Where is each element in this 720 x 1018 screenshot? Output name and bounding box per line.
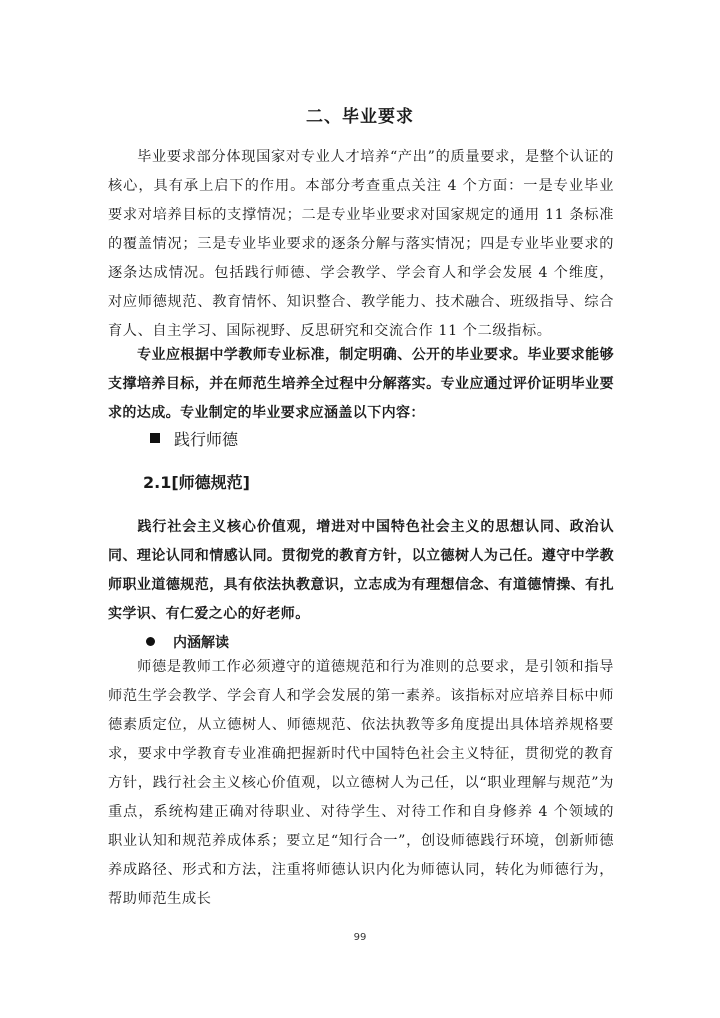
interpretation-heading: 内涵解读 — [146, 632, 229, 652]
indicator-paragraph: 践行社会主义核心价值观，增进对中国特色社会主义的思想认同、政治认同、理论认同和情… — [108, 513, 614, 629]
round-bullet-icon — [146, 637, 155, 646]
page-number: 99 — [0, 932, 720, 943]
standard-paragraph: 专业应根据中学教师专业标准，制定明确、公开的毕业要求。毕业要求能够支撑培养目标，… — [108, 341, 614, 428]
intro-paragraph: 毕业要求部分体现国家对专业人才培养“产出”的质量要求，是整个认证的核心，具有承上… — [108, 143, 614, 346]
dimension-heading: 践行师德 — [150, 427, 238, 450]
indicator-heading: 2.1[师德规范] — [143, 470, 250, 493]
interpretation-heading-text: 内涵解读 — [173, 635, 229, 651]
section-title: 二、毕业要求 — [0, 102, 720, 127]
standard-paragraph-text: 专业应根据中学教师专业标准，制定明确、公开的毕业要求。毕业要求能够支撑培养目标，… — [108, 347, 614, 421]
intro-paragraph-text: 毕业要求部分体现国家对专业人才培养“产出”的质量要求，是整个认证的核心，具有承上… — [108, 149, 614, 339]
dimension-heading-text: 践行师德 — [174, 430, 238, 449]
indicator-paragraph-text: 践行社会主义核心价值观，增进对中国特色社会主义的思想认同、政治认同、理论认同和情… — [108, 519, 614, 622]
interpretation-paragraph-text: 师德是教师工作必须遵守的道德规范和行为准则的总要求，是引领和指导师范生学会教学、… — [108, 659, 614, 907]
document-page: 二、毕业要求 毕业要求部分体现国家对专业人才培养“产出”的质量要求，是整个认证的… — [0, 0, 720, 1018]
interpretation-paragraph: 师德是教师工作必须遵守的道德规范和行为准则的总要求，是引领和指导师范生学会教学、… — [108, 653, 614, 914]
square-bullet-icon — [150, 433, 160, 443]
